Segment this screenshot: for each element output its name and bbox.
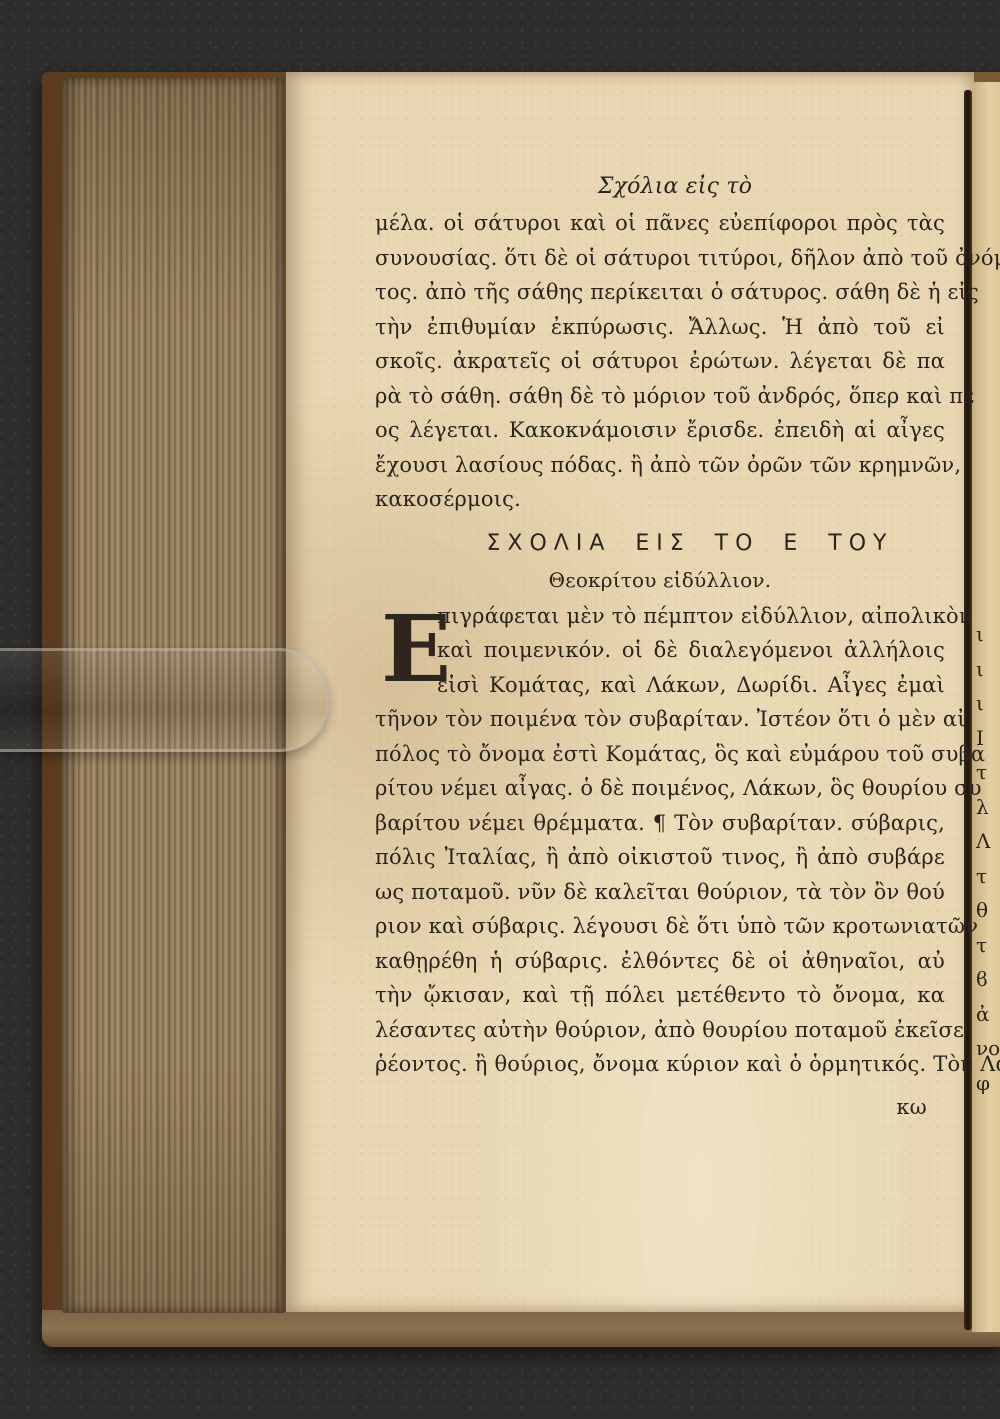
text-line: καθῃρέθη ἡ σύβαρις. ἐλθόντες δὲ οἱ ἀθηνα… <box>375 944 945 979</box>
drop-cap-letter: E <box>381 603 451 695</box>
text-line: λέσαντες αὐτὴν θούριον, ἀπὸ θουρίου ποτα… <box>375 1013 945 1048</box>
facing-page-fragment: ι <box>976 691 984 715</box>
catchword: κω <box>375 1090 945 1124</box>
text-line: πόλις Ἰταλίας, ἢ ἀπὸ οἰκιστοῦ τινος, ἢ ἀ… <box>375 840 945 875</box>
text-line: μέλα. οἱ σάτυροι καὶ οἱ πᾶνες εὐεπίφοροι… <box>375 206 945 241</box>
text-line: τος. ἀπὸ τῆς σάθης περίκειται ὁ σάτυρος.… <box>375 275 945 310</box>
text-line: κακοσέρμοις. <box>375 482 945 517</box>
facing-page-fragment: τ <box>976 864 987 888</box>
text-line: σκοῖς. ἀκρατεῖς οἱ σάτυροι ἐρώτων. λέγετ… <box>375 344 945 379</box>
text-line: συνουσίας. ὅτι δὲ οἱ σάτυροι τιτύροι, δῆ… <box>375 241 945 276</box>
facing-page-fragment: ι <box>976 622 984 646</box>
page-text-block: Σχόλια εἰς τὸ μέλα. οἱ σάτυροι καὶ οἱ πᾶ… <box>375 170 945 1124</box>
text-line: ριον καὶ σύβαρις. λέγουσι δὲ ὅτι ὑπὸ τῶν… <box>375 909 945 944</box>
text-line: τὴν ᾤκισαν, καὶ τῇ πόλει μετέθεντο τὸ ὄν… <box>375 978 945 1013</box>
running-head: Σχόλια εἰς τὸ <box>405 170 945 204</box>
text-line: πιγράφεται μὲν τὸ πέμπτον εἰδύλλιον, αἰπ… <box>437 599 945 634</box>
text-line: ῥέοντος. ἢ θούριος, ὄνομα κύριον καὶ ὁ ὁ… <box>375 1047 945 1082</box>
facing-page-fragment: Λ <box>976 829 990 853</box>
text-line: ως ποταμοῦ. νῦν δὲ καλεῖται θούριον, τὰ … <box>375 875 945 910</box>
text-line: πόλος τὸ ὄνομα ἐστὶ Κομάτας, ὃς καὶ εὐμά… <box>375 737 945 772</box>
text-line: ἔχουσι λασίους πόδας. ἢ ἀπὸ τῶν ὀρῶν τῶν… <box>375 448 945 483</box>
section-title: ΣΧΟΛΙΑ ΕΙΣ ΤΟ Ε ΤΟΥ <box>375 527 945 563</box>
text-line: τὴν ἐπιθυμίαν ἐκπύρωσις. Ἄλλως. Ἡ ἀπὸ το… <box>375 310 945 345</box>
section-subtitle: Θεοκρίτου εἰδύλλιον. <box>375 563 945 599</box>
text-line: ρίτου νέμει αἶγας. ὁ δὲ ποιμένος, Λάκων,… <box>375 771 945 806</box>
text-line: βαρίτου νέμει θρέμματα. ¶ Τὸν συβαρίταν.… <box>375 806 945 841</box>
book-cover-bottom-edge <box>42 1310 1000 1347</box>
facing-page-fragment: ι <box>976 657 984 681</box>
facing-page-fragment: ἀ <box>976 1002 990 1026</box>
scholia-section-2: E πιγράφεται μὲν τὸ πέμπτον εἰδύλλιον, α… <box>375 599 945 703</box>
glass-page-weight[interactable] <box>0 648 329 752</box>
facing-page-fragment: ϐ <box>976 967 988 991</box>
text-line: ρὰ τὸ σάθη. σάθη δὲ τὸ μόριον τοῦ ἀνδρός… <box>375 379 945 414</box>
text-line: καὶ ποιμενικόν. οἱ δὲ διαλεγόμενοι ἀλλήλ… <box>437 633 945 668</box>
text-line: τῆνον τὸν ποιμένα τὸν συβαρίταν. Ἰστέον … <box>375 702 945 737</box>
text-line: ος λέγεται. Κακοκνάμοισιν ἔρισδε. ἐπειδὴ… <box>375 413 945 448</box>
text-line: εἰσὶ Κομάτας, καὶ Λάκων, Δωρίδι. Αἶγες ἐ… <box>437 668 945 703</box>
scholia-section-1: μέλα. οἱ σάτυροι καὶ οἱ πᾶνες εὐεπίφοροι… <box>375 206 945 517</box>
